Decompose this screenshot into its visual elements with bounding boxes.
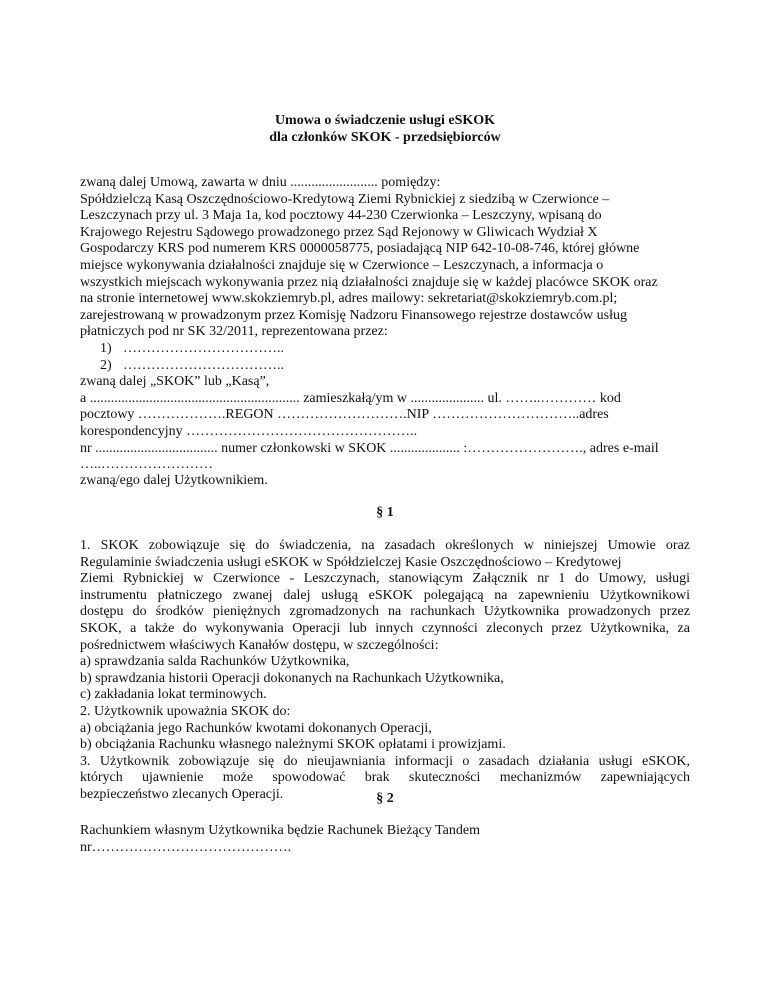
title-line-1: Umowa o świadczenie usługi eSKOK [80, 113, 690, 130]
user-clause: zwaną/ego dalej Użytkownikiem. [80, 473, 690, 490]
section-heading-2: § 2 [80, 791, 690, 808]
document-title: Umowa o świadczenie usługi eSKOK dla czł… [80, 113, 690, 146]
preamble-line: Spółdzielczą Kasą Oszczędnościowo-Kredyt… [80, 192, 690, 209]
list-item: b) sprawdzania historii Operacji dokonan… [80, 671, 690, 688]
user-clause-text: zwaną/ego dalej Użytkownikiem. [80, 473, 690, 490]
paragraph-line: instrumentu płatniczego zwanej dalej usł… [80, 588, 690, 605]
paragraph-line: SKOK, a także do wykonywania Operacji lu… [80, 621, 690, 638]
paragraph-line: pośrednictwem właściwych Kanałów dostępu… [80, 638, 690, 655]
paragraph-line: 1. SKOK zobowiązuje się do świadczenia, … [80, 538, 690, 555]
list-item: b) obciążania Rachunku własnego należnym… [80, 737, 690, 754]
party-line: pocztowy ……………….REGON ……………………….NIP …………… [80, 407, 690, 424]
preamble-line: Leszczynach przy ul. 3 Maja 1a, kod pocz… [80, 208, 690, 225]
title-line-2: dla członków SKOK - przedsiębiorców [80, 130, 690, 147]
list-number: 2) [100, 358, 123, 375]
paragraph-line: dostępu do środków pieniężnych zgromadzo… [80, 604, 690, 621]
preamble-line: Krajowego Rejestru Sądowego prowadzonego… [80, 225, 690, 242]
list-item: c) zakładania lokat terminowych. [80, 687, 690, 704]
representative-1: 1)…………………………….. [80, 341, 690, 358]
preamble-line: zwaną dalej Umową, zawarta w dniu ......… [80, 175, 690, 192]
section-2-body: Rachunkiem własnym Użytkownika będzie Ra… [80, 823, 690, 856]
party-line: nr ................................... n… [80, 441, 690, 458]
preamble: zwaną dalej Umową, zawarta w dniu ......… [80, 175, 690, 474]
account-number-blank: nr……………………………………. [80, 840, 690, 857]
section-heading-1: § 1 [80, 505, 690, 522]
paragraph-line: których ujawnienie może spowodować brak … [80, 770, 690, 787]
preamble-line: płatniczych pod nr SK 32/2011, reprezent… [80, 324, 690, 341]
party-line: a ......................................… [80, 391, 690, 408]
preamble-line: zarejestrowaną w prowadzonym przez Komis… [80, 308, 690, 325]
list-item: a) obciążania jego Rachunków kwotami dok… [80, 721, 690, 738]
list-number: 1) [100, 341, 123, 358]
section-1-body: 1. SKOK zobowiązuje się do świadczenia, … [80, 538, 690, 804]
paragraph-line: Regulaminie świadczenia usługi eSKOK w S… [80, 555, 690, 572]
paragraph-line: 2. Użytkownik upoważnia SKOK do: [80, 704, 690, 721]
representative-blank: …………………………….. [123, 358, 284, 373]
paragraph-line: 3. Użytkownik zobowiązuje się do nieujaw… [80, 754, 690, 771]
party-line: korespondencyjny ………………………………………….. [80, 424, 690, 441]
preamble-line: miejsce wykonywania działalności znajduj… [80, 258, 690, 275]
representative-2: 2)…………………………….. [80, 358, 690, 375]
preamble-line: na stronie internetowej www.skokziemryb.… [80, 291, 690, 308]
list-item: a) sprawdzania salda Rachunków Użytkowni… [80, 654, 690, 671]
preamble-line: wszystkich miejscach wykonywania przez n… [80, 275, 690, 292]
paragraph-line: Rachunkiem własnym Użytkownika będzie Ra… [80, 823, 690, 840]
party-line: …..…………………… [80, 457, 690, 474]
representative-blank: …………………………….. [123, 341, 284, 356]
party-line: zwaną dalej „SKOK” lub „Kasą”, [80, 374, 690, 391]
preamble-line: Gospodarczy KRS pod numerem KRS 00000587… [80, 241, 690, 258]
paragraph-line: Ziemi Rybnickiej w Czerwionce - Leszczyn… [80, 571, 690, 588]
